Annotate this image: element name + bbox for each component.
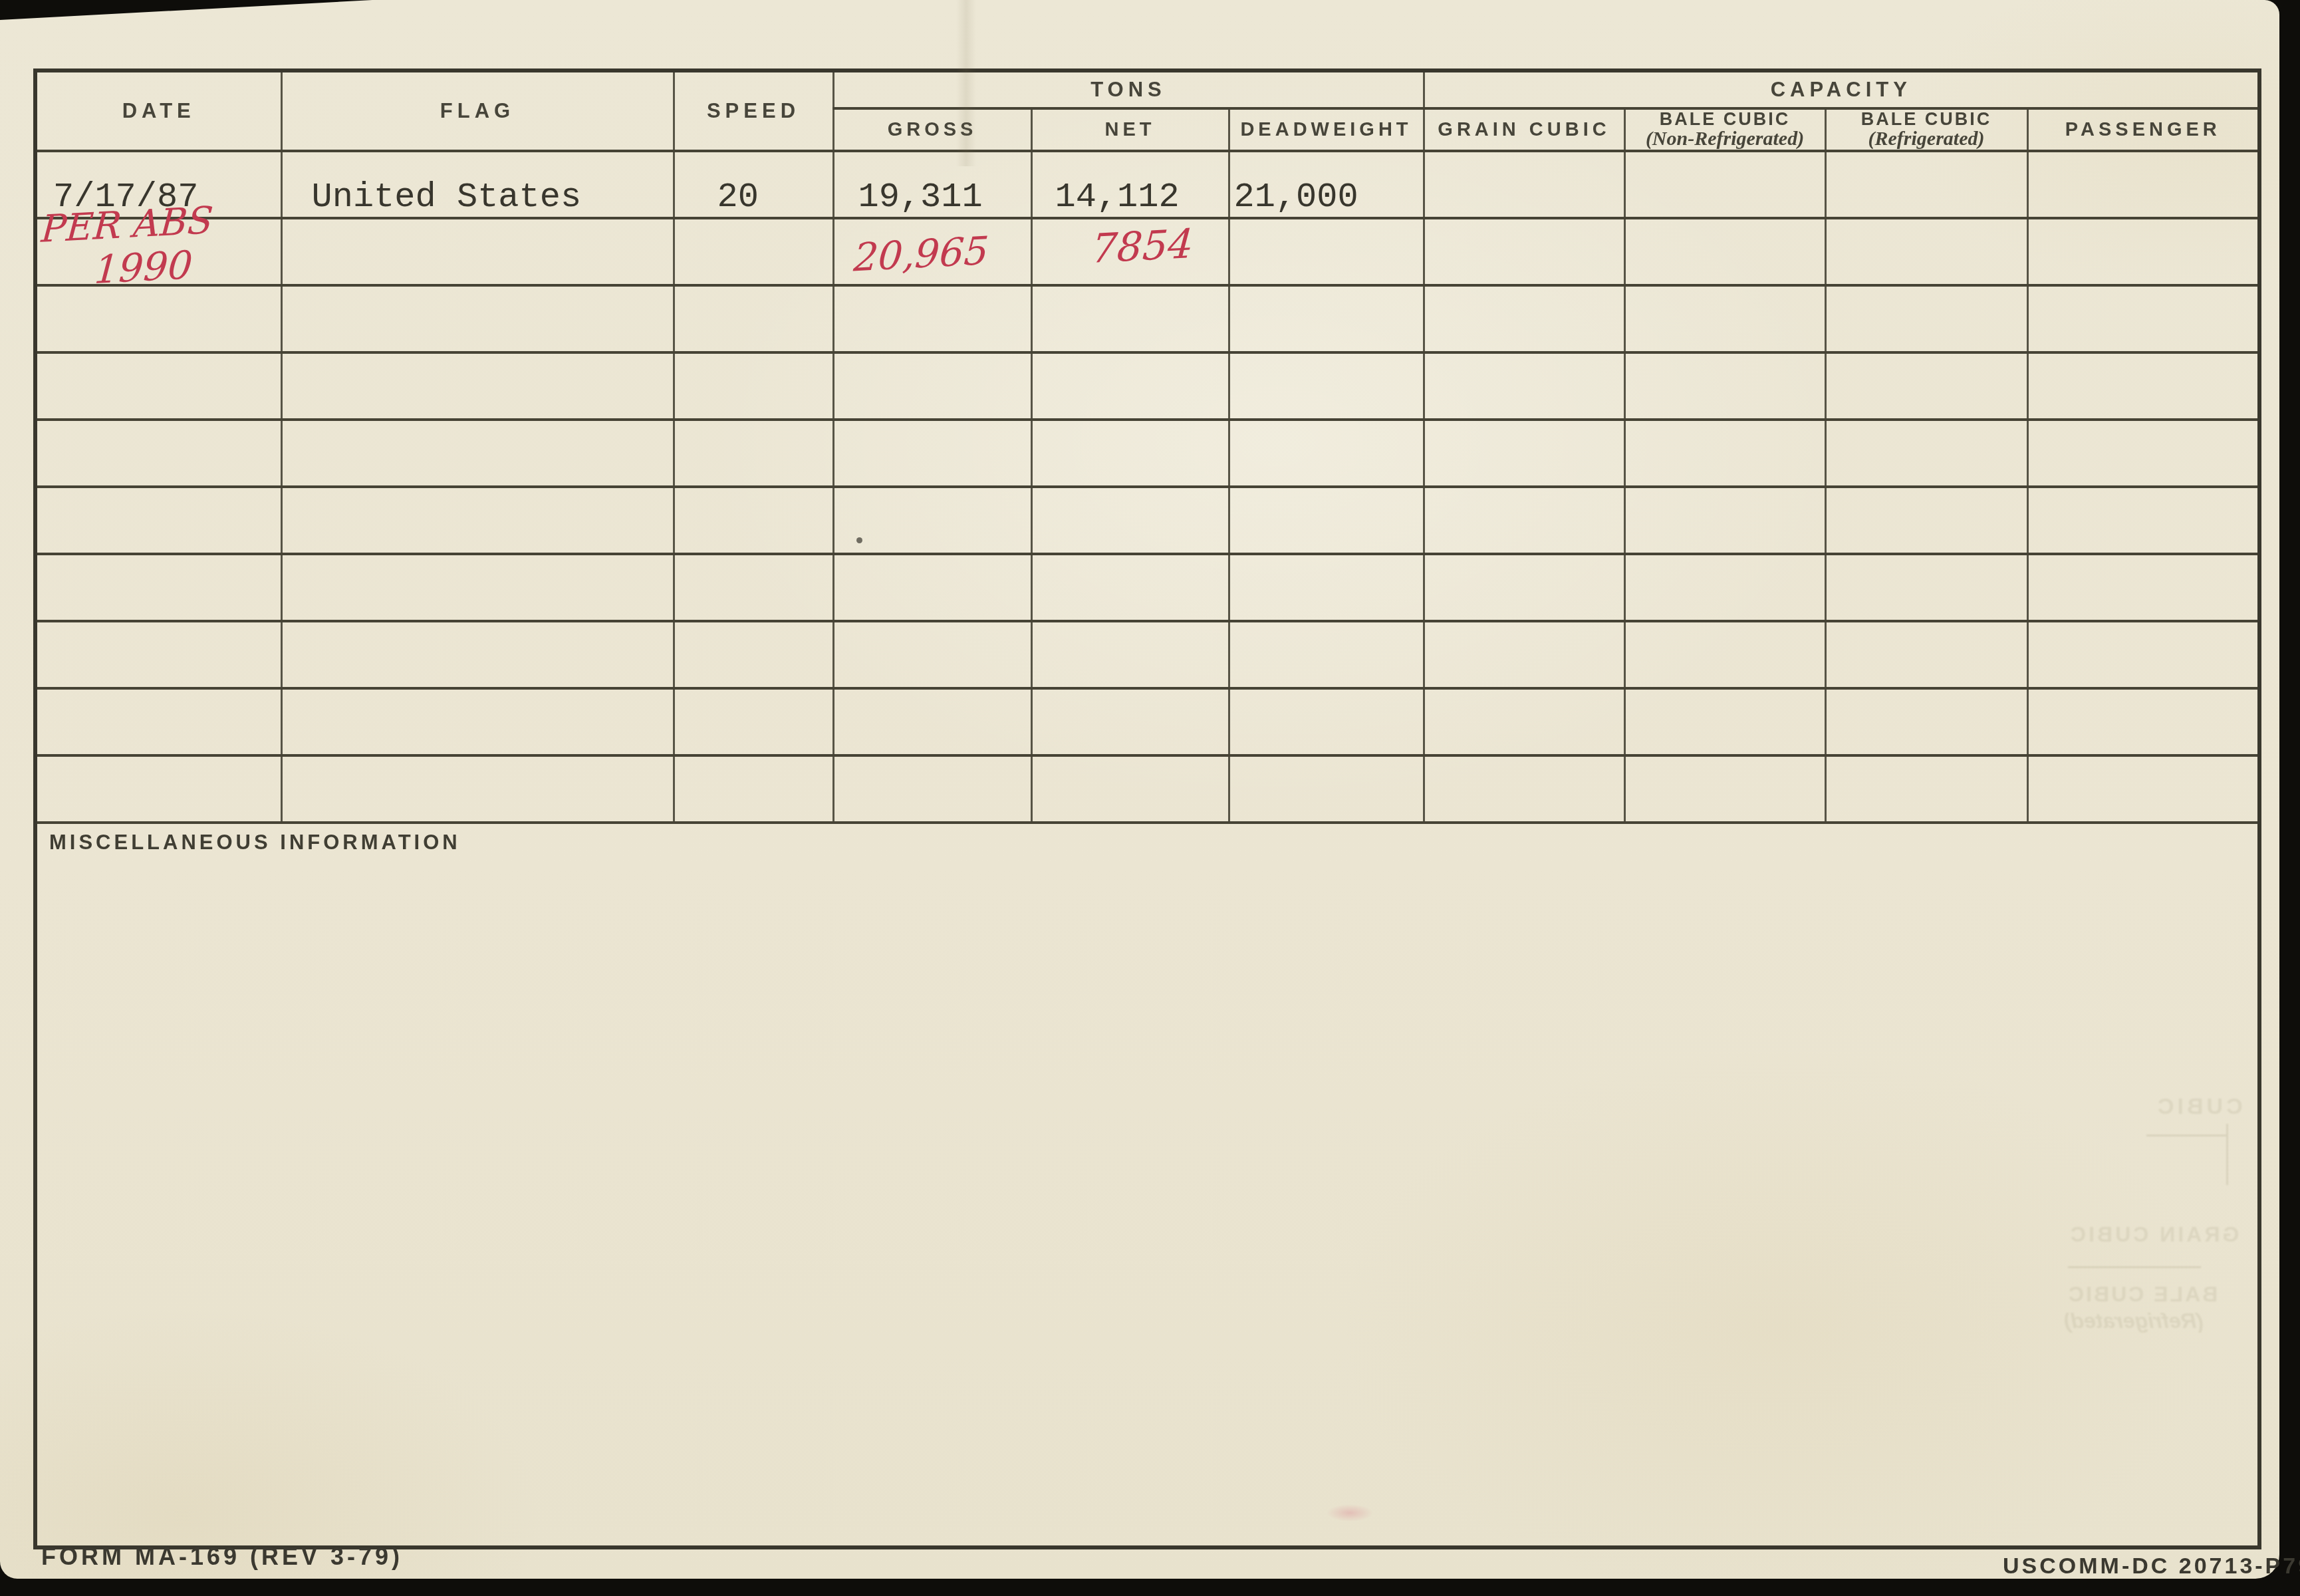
table-row-5 [35, 420, 2259, 487]
table-cell [1825, 218, 2027, 285]
table-cell [1031, 420, 1229, 487]
table-cell [1424, 688, 1624, 755]
table-cell [1424, 420, 1624, 487]
table-cell [1229, 755, 1424, 823]
column-header-net: NET [1031, 108, 1229, 151]
table-cell [674, 285, 833, 352]
table-cell [2027, 755, 2259, 823]
table-cell [1229, 554, 1424, 621]
table-cell [1825, 688, 2027, 755]
table-cell [1624, 688, 1825, 755]
table-cell [1031, 554, 1229, 621]
table-cell [1031, 285, 1229, 352]
column-header-date: DATE [35, 70, 281, 151]
table-cell [1229, 285, 1424, 352]
print-code: USCOMM-DC 20713-P79 [2003, 1553, 2300, 1579]
table-cell [1229, 688, 1424, 755]
bleedthrough-text-1: CUBIC [2154, 1094, 2243, 1120]
table-cell [281, 755, 674, 823]
table-cell [833, 420, 1031, 487]
cell-gross: 19,311 [833, 151, 1031, 218]
table-cell [281, 621, 674, 688]
table-cell [1624, 755, 1825, 823]
table-cell [833, 688, 1031, 755]
table-cell [1424, 755, 1624, 823]
table-cell [1624, 621, 1825, 688]
table-cell [281, 352, 674, 420]
bale-cubic-ref-line2: (Refrigerated) [1827, 128, 2027, 150]
handwritten-gross-revised: 20,965 [852, 228, 990, 281]
table-cell [2027, 352, 2259, 420]
cell-flag: United States [281, 151, 674, 218]
table-cell [1031, 352, 1229, 420]
bleedthrough-line-vertical [2226, 1124, 2228, 1185]
group-header-capacity: CAPACITY [1424, 70, 2259, 108]
table-cell [35, 621, 281, 688]
table-cell [35, 352, 281, 420]
table-cell [1031, 621, 1229, 688]
table-cell [674, 755, 833, 823]
cell-passenger [2027, 151, 2259, 218]
table-cell [1424, 554, 1624, 621]
column-header-flag: FLAG [281, 70, 674, 151]
column-header-bale-cubic-nonref: BALE CUBIC (Non-Refrigerated) [1624, 108, 1825, 151]
table-cell [674, 621, 833, 688]
table-cell [281, 218, 674, 285]
group-header-tons: TONS [833, 70, 1424, 108]
table-row-1: 7/17/87 United States 20 19,311 14,112 2… [35, 151, 2259, 218]
handwritten-net-revised: 7854 [1090, 221, 1195, 273]
column-header-speed: SPEED [674, 70, 833, 151]
table-cell [35, 688, 281, 755]
table-cell [35, 554, 281, 621]
form-number: FORM MA-169 (REV 3-79) [41, 1543, 403, 1571]
table-cell [833, 285, 1031, 352]
bale-cubic-nonref-line1: BALE CUBIC [1626, 110, 1825, 128]
table-cell [674, 487, 833, 554]
cell-bale-cubic-ref [1825, 151, 2027, 218]
table-cell [1624, 487, 1825, 554]
column-header-gross: GROSS [833, 108, 1031, 151]
table-cell [2027, 218, 2259, 285]
table-cell [1031, 688, 1229, 755]
table-cell [1229, 621, 1424, 688]
table-cell [1031, 487, 1229, 554]
table-cell [281, 688, 674, 755]
table-cell [1229, 487, 1424, 554]
table-cell [833, 621, 1031, 688]
table-cell [1825, 621, 2027, 688]
cell-grain-cubic [1424, 151, 1624, 218]
table-cell [1424, 352, 1624, 420]
column-header-bale-cubic-ref: BALE CUBIC (Refrigerated) [1825, 108, 2027, 151]
table-cell [35, 285, 281, 352]
table-row-3 [35, 285, 2259, 352]
column-header-grain-cubic: GRAIN CUBIC [1424, 108, 1624, 151]
table-cell [1229, 218, 1424, 285]
table-cell [674, 218, 833, 285]
miscellaneous-label: MISCELLANEOUS INFORMATION [37, 824, 461, 855]
table-cell [2027, 554, 2259, 621]
table-row-6 [35, 487, 2259, 554]
bale-cubic-nonref-line2: (Non-Refrigerated) [1626, 128, 1825, 150]
scanned-record-card-page: DATE FLAG SPEED TONS CAPACITY GROSS NET … [0, 0, 2300, 1596]
table-cell [281, 487, 674, 554]
table-cell [35, 487, 281, 554]
table-cell [2027, 688, 2259, 755]
table-cell [281, 285, 674, 352]
table-cell [1825, 420, 2027, 487]
table-cell [1424, 285, 1624, 352]
table-cell [1825, 285, 2027, 352]
vessel-record-table: DATE FLAG SPEED TONS CAPACITY GROSS NET … [33, 68, 2261, 1549]
table-row-9 [35, 688, 2259, 755]
table-cell [1825, 755, 2027, 823]
table-cell [1229, 420, 1424, 487]
cell-bale-cubic-nonref [1624, 151, 1825, 218]
table-cell [833, 487, 1031, 554]
table-cell [2027, 487, 2259, 554]
table-cell [1825, 554, 2027, 621]
table-cell [674, 554, 833, 621]
cell-speed: 20 [674, 151, 833, 218]
cell-deadweight: 21,000 [1229, 151, 1424, 218]
table-cell [833, 352, 1031, 420]
ink-speck [856, 537, 862, 543]
table-cell [1624, 554, 1825, 621]
bale-cubic-ref-line1: BALE CUBIC [1827, 110, 2027, 128]
table-cell [1825, 487, 2027, 554]
bleedthrough-line-rule [2068, 1266, 2201, 1268]
bleedthrough-text-2: GRAIN CUBIC [2068, 1222, 2239, 1247]
table-cell [281, 420, 674, 487]
table-cell [674, 688, 833, 755]
pink-smudge [1327, 1504, 1373, 1522]
table-cell [2027, 285, 2259, 352]
table-cell [1624, 218, 1825, 285]
table-cell [1624, 420, 1825, 487]
cell-net: 14,112 [1031, 151, 1229, 218]
miscellaneous-section: MISCELLANEOUS INFORMATION [35, 823, 2259, 1547]
table-row-10 [35, 755, 2259, 823]
table-cell [1424, 621, 1624, 688]
table-cell [1229, 352, 1424, 420]
table-cell [1825, 352, 2027, 420]
table-cell [674, 420, 833, 487]
table-cell [1031, 755, 1229, 823]
table-cell [1624, 285, 1825, 352]
table-cell [1624, 352, 1825, 420]
index-card: DATE FLAG SPEED TONS CAPACITY GROSS NET … [0, 0, 2279, 1579]
header-group-row: DATE FLAG SPEED TONS CAPACITY [35, 70, 2259, 108]
table-cell [1424, 487, 1624, 554]
bleedthrough-text-4: (Refrigerated) [2064, 1309, 2204, 1333]
table-cell [2027, 420, 2259, 487]
table-cell [35, 420, 281, 487]
table-cell [2027, 621, 2259, 688]
bleedthrough-line-horizontal [2146, 1134, 2226, 1136]
paper-crease [956, 0, 976, 166]
bleedthrough-text-3: BALE CUBIC [2067, 1282, 2218, 1307]
miscellaneous-section-row: MISCELLANEOUS INFORMATION [35, 823, 2259, 1547]
table-cell [674, 352, 833, 420]
table-cell [833, 554, 1031, 621]
table-row-8 [35, 621, 2259, 688]
table-cell [281, 554, 674, 621]
column-header-passenger: PASSENGER [2027, 108, 2259, 151]
column-header-deadweight: DEADWEIGHT [1229, 108, 1424, 151]
table-cell [35, 755, 281, 823]
table-row-7 [35, 554, 2259, 621]
table-cell [1424, 218, 1624, 285]
table-row-4 [35, 352, 2259, 420]
table-cell [833, 755, 1031, 823]
handwritten-date-note-line2: 1990 [93, 242, 194, 293]
scan-corner-shadow [0, 0, 372, 20]
